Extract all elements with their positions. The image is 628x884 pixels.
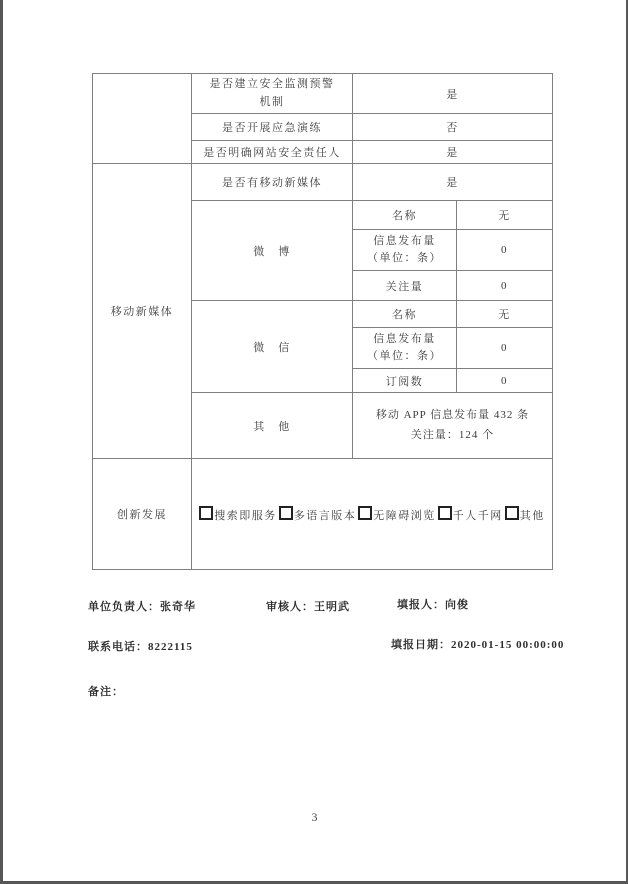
answer-emergency-drill: 否 xyxy=(353,114,553,141)
category-cell-mobile-media: 移动新媒体 xyxy=(93,164,192,459)
footer-value: 向俊 xyxy=(445,599,469,611)
answer-security-monitor: 是 xyxy=(353,74,553,114)
footer-label: 单位负责人： xyxy=(88,601,160,613)
value-wechat-name: 无 xyxy=(457,301,553,328)
value-wechat-subscribers: 0 xyxy=(457,369,553,393)
checkbox-label: 多语言版本 xyxy=(294,510,357,522)
answer-security-person: 是 xyxy=(353,141,553,164)
value-weibo-name: 无 xyxy=(457,201,553,230)
group-cell-weibo: 微 博 xyxy=(192,201,353,301)
footer-report-date: 填报日期：2020-01-15 00:00:00 xyxy=(391,636,564,652)
value-line: 关注量：124 个 xyxy=(355,426,550,446)
question-security-monitor: 是否建立安全监测预警 机制 xyxy=(192,74,353,114)
report-page: 是否建立安全监测预警 机制 是 是否开展应急演练 否 是否明确网站安全责任人 是… xyxy=(0,0,628,884)
question-line: 机制 xyxy=(194,94,350,111)
category-cell-empty xyxy=(93,74,192,164)
value-weibo-followers: 0 xyxy=(457,271,553,301)
footer-label: 填报日期： xyxy=(391,639,451,651)
footer-filler: 填报人：向俊 xyxy=(397,596,469,612)
footer-value: 2020-01-15 00:00:00 xyxy=(451,639,564,651)
checkbox-label: 其他 xyxy=(520,510,545,522)
footer-remarks: 备注： xyxy=(88,683,124,699)
checkbox-label: 搜索即服务 xyxy=(214,510,277,522)
footer-responsible-person: 单位负责人：张奇华 xyxy=(88,598,196,614)
label-weibo-name: 名称 xyxy=(353,201,457,230)
footer-label: 审核人： xyxy=(266,601,314,613)
label-wechat-volume: 信息发布量 （单位：条） xyxy=(353,328,457,369)
footer-phone: 联系电话：8222115 xyxy=(88,638,193,654)
value-other-media: 移动 APP 信息发布量 432 条 关注量：124 个 xyxy=(353,393,553,459)
checkbox-search-as-service[interactable] xyxy=(199,506,213,520)
footer-value: 8222115 xyxy=(148,641,193,653)
value-wechat-volume: 0 xyxy=(457,328,553,369)
innovation-options-cell: 搜索即服务多语言版本无障碍浏览千人千网其他 xyxy=(192,459,553,570)
checkbox-personalized-web[interactable] xyxy=(438,506,452,520)
group-cell-other: 其 他 xyxy=(192,393,353,459)
label-line: 信息发布量 xyxy=(355,331,454,348)
footer-value: 张奇华 xyxy=(160,601,196,613)
group-cell-wechat: 微 信 xyxy=(192,301,353,393)
label-line: （单位：条） xyxy=(355,250,454,267)
checkbox-other[interactable] xyxy=(505,506,519,520)
value-line: 移动 APP 信息发布量 432 条 xyxy=(355,406,550,426)
question-emergency-drill: 是否开展应急演练 xyxy=(192,114,353,141)
footer-label: 联系电话： xyxy=(88,641,148,653)
checkbox-multilanguage[interactable] xyxy=(279,506,293,520)
question-line: 是否建立安全监测预警 xyxy=(194,76,350,93)
label-line: 信息发布量 xyxy=(355,233,454,250)
category-cell-innovation: 创新发展 xyxy=(93,459,192,570)
report-table: 是否建立安全监测预警 机制 是 是否开展应急演练 否 是否明确网站安全责任人 是… xyxy=(92,73,553,570)
label-wechat-subscribers: 订阅数 xyxy=(353,369,457,393)
value-weibo-volume: 0 xyxy=(457,230,553,271)
page-number: 3 xyxy=(3,810,626,825)
label-line: （单位：条） xyxy=(355,348,454,365)
footer-label: 填报人： xyxy=(397,599,445,611)
checkbox-label: 千人千网 xyxy=(453,510,503,522)
question-has-mobile-media: 是否有移动新媒体 xyxy=(192,164,353,201)
footer-reviewer: 审核人：王明武 xyxy=(266,598,350,614)
label-weibo-volume: 信息发布量 （单位：条） xyxy=(353,230,457,271)
question-security-person: 是否明确网站安全责任人 xyxy=(192,141,353,164)
label-wechat-name: 名称 xyxy=(353,301,457,328)
label-weibo-followers: 关注量 xyxy=(353,271,457,301)
footer-value: 王明武 xyxy=(314,601,350,613)
checkbox-label: 无障碍浏览 xyxy=(373,510,436,522)
checkbox-accessible-browsing[interactable] xyxy=(358,506,372,520)
answer-has-mobile-media: 是 xyxy=(353,164,553,201)
